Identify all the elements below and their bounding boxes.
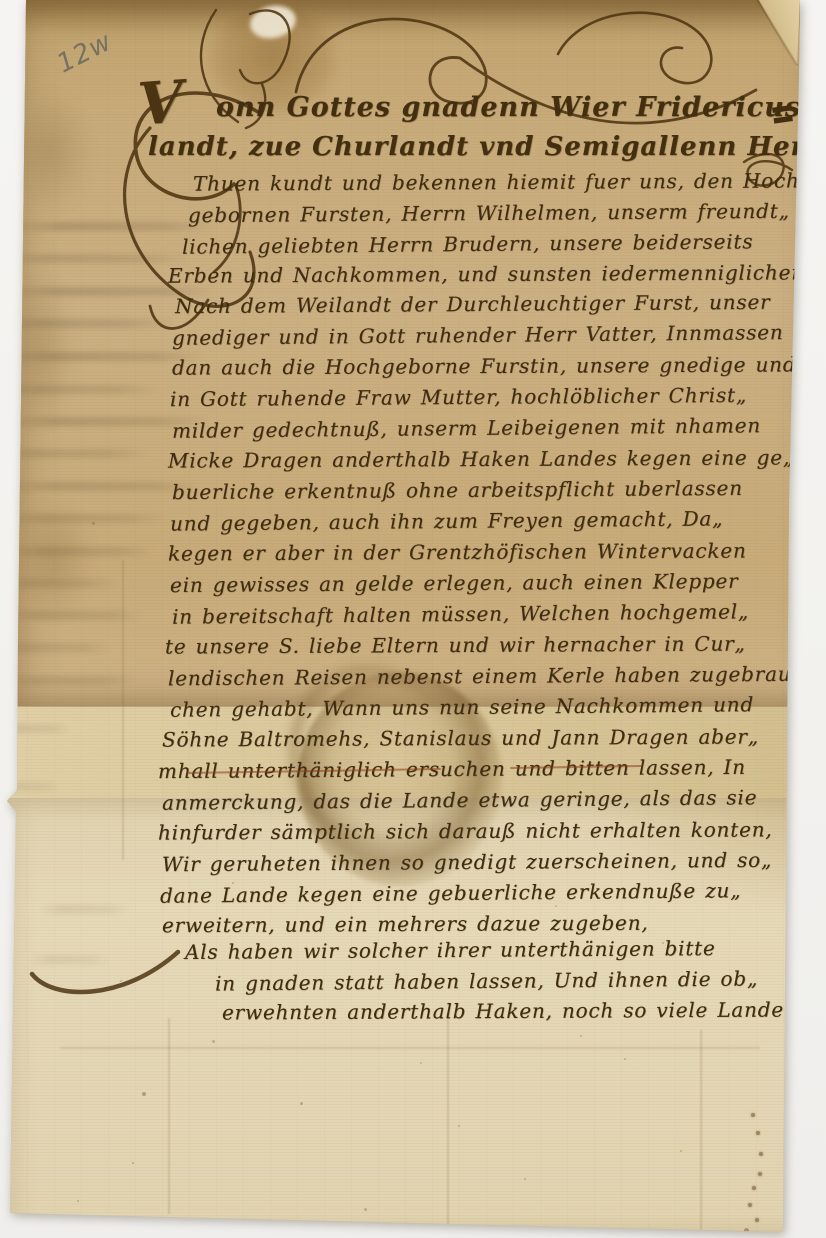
bleed-through-line xyxy=(40,905,130,914)
bleed-through-line xyxy=(6,676,136,685)
manuscript-line: Erben und Nachkommen, und sunsten iederm… xyxy=(168,262,812,285)
manuscript-line: chen gehabt, Wann uns nun seine Nachkomm… xyxy=(170,694,754,720)
paper-shadow-wrap: 12w V onn Gottes gnadenn Wier Fridericus… xyxy=(0,0,826,1238)
manuscript-line: buerliche erkentnuß ohne arbeitspflicht … xyxy=(172,478,743,502)
manuscript-line: gebornen Fursten, Herrn Wilhelmen, unser… xyxy=(188,201,790,225)
manuscript-line: dane Lande kegen eine gebuerliche erkend… xyxy=(160,880,742,905)
bleed-through-line xyxy=(0,579,120,588)
vertical-crease xyxy=(447,1012,449,1234)
manuscript-line: hinfurder sämptlich sich darauß nicht er… xyxy=(158,819,773,842)
bleed-through-line xyxy=(0,254,190,263)
bleed-through-line xyxy=(10,222,215,231)
paper-speck xyxy=(680,1150,682,1152)
stitch-hole xyxy=(751,1113,755,1117)
initial-capital: V xyxy=(136,73,185,134)
bleed-through-line xyxy=(0,449,150,458)
manuscript-line: ein gewisses an gelde erlegen, auch eine… xyxy=(170,571,739,595)
vertical-crease xyxy=(700,1030,702,1236)
manuscript-line: in Gott ruhende Fraw Mutter, hochlöblich… xyxy=(170,385,747,409)
paper-speck xyxy=(142,1092,146,1096)
manuscript-line: Micke Dragen anderthalb Haken Landes keg… xyxy=(168,447,794,470)
manuscript-line: erwehnten anderthalb Haken, noch so viel… xyxy=(222,1000,784,1023)
manuscript-line: Nach dem Weilandt der Durchleuchtiger Fu… xyxy=(175,292,771,316)
paper-speck xyxy=(120,980,122,982)
bleed-through-line xyxy=(6,547,156,556)
bleed-through-line xyxy=(0,385,160,394)
manuscript-line: anmerckung, das die Lande etwa geringe, … xyxy=(162,787,757,813)
paper-speck xyxy=(458,1125,460,1127)
vertical-crease xyxy=(122,560,124,860)
stitch-hole xyxy=(755,1218,759,1222)
paper-speck xyxy=(580,1035,582,1037)
manuscript-line: erweitern, und ein mehrers dazue zugeben… xyxy=(162,913,649,936)
manuscript-line: in bereitschaft halten müssen, Welchen h… xyxy=(172,601,749,626)
paper-speck xyxy=(77,1200,79,1202)
paper-speck xyxy=(92,522,95,525)
paper-speck xyxy=(364,1208,367,1211)
manuscript-line: te unsere S. liebe Eltern und wir hernac… xyxy=(165,633,746,656)
bleed-through-line xyxy=(0,514,170,523)
manuscript-line: lendischen Reisen nebenst einem Kerle ha… xyxy=(168,664,803,689)
horizontal-crease xyxy=(60,1047,760,1049)
bleed-through-line xyxy=(0,319,175,328)
manuscript-line: kegen er aber in der Grentzhöfischen Win… xyxy=(168,540,747,563)
stitch-hole xyxy=(756,1131,760,1135)
manuscript-line: Als haben wir solcher ihrer unterthänige… xyxy=(185,938,716,962)
manuscript-line: Söhne Baltromehs, Stanislaus und Jann Dr… xyxy=(162,726,759,749)
manuscript-line: milder gedechtnuß, unserm Leibeigenen mi… xyxy=(172,415,761,441)
manuscript-line: dan auch die Hochgeborne Furstin, unsere… xyxy=(172,354,796,377)
header-line-2: landt, zue Churlandt vnd Semigallenn Her… xyxy=(148,134,826,160)
paper-speck xyxy=(524,1178,526,1180)
manuscript-line: gnediger und in Gott ruhender Herr Vatte… xyxy=(172,322,784,348)
manuscript-line: mhall unterthäniglich ersuchen und bitte… xyxy=(158,757,746,781)
paper-speck xyxy=(555,905,557,907)
bleed-through-line xyxy=(30,955,110,964)
manuscript-line: Thuen kundt und bekennen hiemit fuer uns… xyxy=(193,170,811,193)
paper-speck xyxy=(212,1040,215,1043)
stitch-hole xyxy=(758,1172,762,1176)
paper-speck xyxy=(744,1228,749,1233)
bleed-through-line xyxy=(0,643,110,652)
stitch-hole xyxy=(748,1203,752,1207)
stitch-hole xyxy=(752,1186,756,1190)
manuscript-line: und gegeben, auch ihn zum Freyen gemacht… xyxy=(170,508,723,533)
header-line-1: onn Gottes gnadenn Wier Fridericus Inn L… xyxy=(216,94,826,121)
scanned-manuscript-page: 12w V onn Gottes gnadenn Wier Fridericus… xyxy=(0,0,826,1238)
paper-speck xyxy=(420,1062,422,1064)
paper-speck xyxy=(132,1162,134,1164)
manuscript-line: in gnaden statt haben lassen, Und ihnen … xyxy=(215,968,758,993)
paper-sheet: 12w V onn Gottes gnadenn Wier Fridericus… xyxy=(0,0,826,1238)
bleed-through-line xyxy=(0,782,60,791)
left-edge-blotches xyxy=(10,80,110,680)
stitch-hole xyxy=(759,1152,763,1156)
bleed-through-line xyxy=(0,724,70,733)
paper-speck xyxy=(624,1058,626,1060)
manuscript-line: lichen geliebten Herrn Brudern, unsere b… xyxy=(182,231,754,256)
paper-speck xyxy=(300,1102,303,1105)
manuscript-line: Wir geruheten ihnen so gnedigt zuerschei… xyxy=(162,850,772,874)
